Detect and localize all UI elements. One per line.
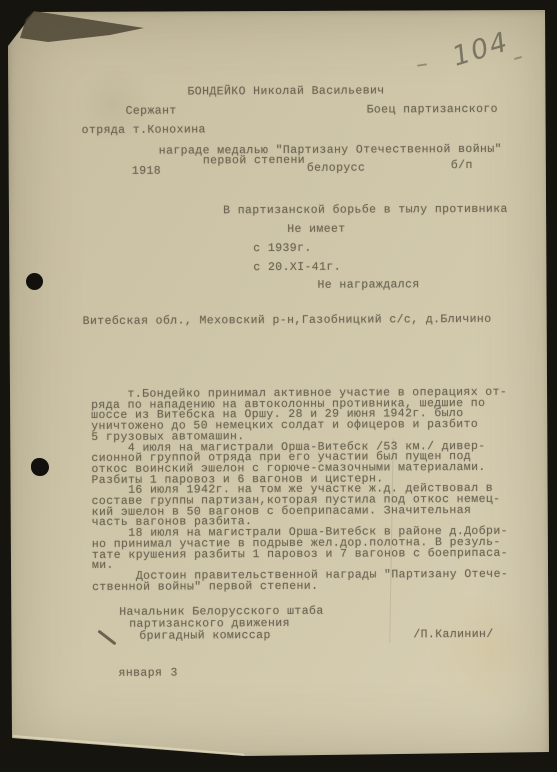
punch-hole-bottom (31, 458, 49, 476)
partisan-since-line: с 20.XI-41г. (253, 263, 341, 274)
since-1939-line: с 1939г. (253, 244, 311, 255)
nationality: белорусс (307, 164, 365, 175)
citation-body: т.Бондейко принимал активное участие в о… (91, 388, 508, 594)
citation-paragraph: 16 июля 1942г. на том же участке ж.д. де… (92, 484, 508, 529)
citation-paragraph: 18 июля на магистрали Орша-Витебск в рай… (92, 527, 508, 572)
struggle-line: В партизанской борьбе в тылу противника (223, 205, 508, 217)
citation-paragraph: т.Бондейко принимал активное участие в о… (91, 388, 507, 444)
person-name: БОНДЕЙКО Николай Васильевич (187, 86, 384, 98)
unit-line-2: отряда т.Конохина (82, 125, 206, 136)
party-status: б/п (451, 161, 473, 172)
signature-role-3: бригадный комиссар (139, 631, 270, 642)
footer-month: января (118, 669, 162, 680)
scan-background: БОНДЕЙКО Николай Васильевич Сержант Боец… (0, 0, 557, 772)
footer-day: 3 (170, 669, 177, 680)
birth-year: 1918 (132, 167, 161, 178)
citation-paragraph: Достоин правительственной награды "Парти… (92, 570, 508, 594)
address-line: Витебская обл., Меховский р-н,Газобницки… (83, 315, 492, 328)
award-degree: первой степени (203, 156, 305, 167)
not-awarded-line: Не награждался (317, 280, 419, 291)
rank: Сержант (126, 107, 177, 118)
text-layer: БОНДЕЙКО Николай Васильевич Сержант Боец… (0, 0, 557, 772)
unit-line-1: Боец партизанского (367, 105, 498, 116)
not-has-line: Не имеет (287, 225, 345, 236)
punch-hole-top (26, 273, 43, 290)
signature-name: /П.Калинин/ (413, 630, 493, 641)
citation-paragraph: 4 июля на магистрали Орша-Витебск /53 км… (91, 441, 507, 486)
